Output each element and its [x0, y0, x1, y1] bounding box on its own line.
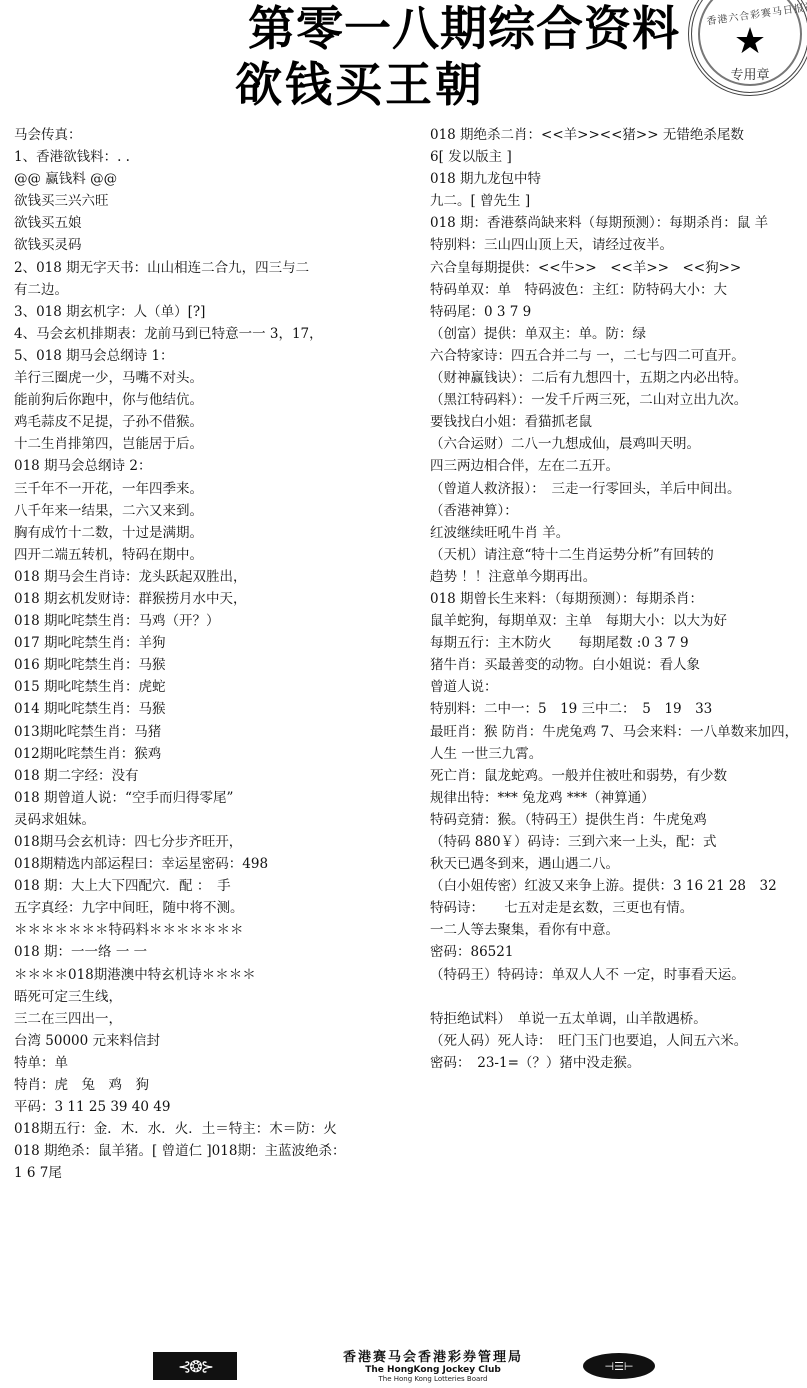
text-line: 1、香港欲钱料：. . [14, 146, 409, 168]
footer-org-english: The HongKong Jockey Club [298, 1365, 568, 1375]
text-line: 欲钱买三兴六旺 [14, 190, 409, 212]
text-line: 3、018 期玄机字：人（单）[?] [14, 301, 409, 323]
text-line: 6[ 发以版主 ] [430, 146, 807, 168]
text-line: 晤死可定三生线， [14, 986, 409, 1008]
right-column: 018 期绝杀二肖：<<羊>><<猪>> 无错绝杀尾数 6[ 发以版主 ] 01… [430, 124, 807, 1074]
text-line: 规律出特：*** 兔龙鸡 ***（神算通） [430, 787, 807, 809]
text-line: 趋势 ！！注意单今期再出。 [430, 566, 807, 588]
text-line: （六合运财）二八一九想成仙，晨鸡叫天明。 [430, 433, 807, 455]
text-line: 018期马会玄机诗：四七分步齐旺开， [14, 831, 409, 853]
text-line: 十二生肖排第四，岂能居于后。 [14, 433, 409, 455]
footer-organization: 香港赛马会香港彩券管理局 The HongKong Jockey Club Th… [298, 1350, 568, 1384]
text-line: 4、马会玄机排期表：龙前马到已特意一一 3，17， [14, 323, 409, 345]
text-line: 018 期马会生肖诗：龙头跃起双胜出， [14, 566, 409, 588]
text-line: 最旺肖：猴 防肖：牛虎兔鸡 7、马会来料：一八单数来加四， [430, 721, 807, 743]
page-subtitle: 欲钱买王朝 [235, 58, 485, 114]
text-line: 特码尾：0 3 7 9 [430, 301, 807, 323]
text-line: 鼠羊蛇狗，每期单双：主单 每期大小：以大为好 [430, 610, 807, 632]
jockey-club-logo-icon: ⊰❂⊱ [153, 1352, 237, 1380]
text-line: （特码 880￥）码诗：三到六来一上头，配：式 [430, 831, 807, 853]
text-line: 018 期马会总纲诗 2： [14, 455, 409, 477]
text-line: 018 期：大上大下四配穴．配 ： 手 [14, 875, 409, 897]
text-line: （香港神算）： [430, 500, 807, 522]
text-line: 015 期叱咤禁生肖：虎蛇 [14, 676, 409, 698]
text-line: 018 期九龙包中特 [430, 168, 807, 190]
text-line: 018期精选内部运程曰：幸运星密码：498 [14, 853, 409, 875]
text-line: （死人码）死人诗： 旺门玉门也要追，人间五六米。 [430, 1030, 807, 1052]
text-line: 018 期绝杀二肖：<<羊>><<猪>> 无错绝杀尾数 [430, 124, 807, 146]
text-line: 密码： 23-1=（？）猪中没走猴。 [430, 1052, 807, 1074]
official-seal-stamp: 香港六合彩赛马日报社 ★ 专用章 [688, 0, 807, 96]
text-line: 灵码求姐妹。 [14, 809, 409, 831]
text-line: ＊＊＊＊018期港澳中特玄机诗＊＊＊＊ [14, 964, 409, 986]
text-line: 胸有成竹十二数，十过是满期。 [14, 522, 409, 544]
footer-org-english-sub: The Hong Kong Lotteries Board [298, 1375, 568, 1384]
text-line: 018 期叱咤禁生肖：马鸡（开？） [14, 610, 409, 632]
page-title: 第零一八期综合资料 [248, 2, 680, 58]
text-line: 台湾 50000 元来料信封 [14, 1030, 409, 1052]
text-line: 018 期绝杀：鼠羊猪。[ 曾道仁 ]018期：主蓝波绝杀： [14, 1140, 409, 1162]
text-line: 能前狗后你跑中，你与他结伉。 [14, 389, 409, 411]
text-line: 有二边。 [14, 279, 409, 301]
text-line: 欲钱买五娘 [14, 212, 409, 234]
text-line: 密码：86521 [430, 941, 807, 963]
text-line: 九二。[ 曾先生 ] [430, 190, 807, 212]
text-line: ＊＊＊＊＊＊＊特码料＊＊＊＊＊＊＊ [14, 919, 409, 941]
text-line: 马会传真： [14, 124, 409, 146]
text-line: （曾道人救济报）： 三走一行零回头，羊后中间出。 [430, 478, 807, 500]
text-line: 鸡毛蒜皮不足提，子孙不借猴。 [14, 411, 409, 433]
text-line: 特别料：二中一：5 19 三中二： 5 19 33 [430, 698, 807, 720]
text-line: 特码单双：单 特码波色：主红：防特码大小：大 [430, 279, 807, 301]
text-line: 猪牛肖：买最善变的动物。白小姐说：看人象 [430, 654, 807, 676]
text-line: 012期叱咤禁生肖：猴鸡 [14, 743, 409, 765]
footer-logos: ⊰❂⊱ 香港赛马会香港彩券管理局 The HongKong Jockey Clu… [0, 1348, 807, 1388]
text-line: 017 期叱咤禁生肖：羊狗 [14, 632, 409, 654]
text-line: @@ 赢钱料 @@ [14, 168, 409, 190]
text-line: （特码王）特码诗：单双人人不 一定，时事看天运。 [430, 964, 807, 986]
text-line: 018期五行：金．木．水．火．土＝特主：木＝防：火 [14, 1118, 409, 1140]
text-line: 五字真经：九字中间旺，随中将不测。 [14, 897, 409, 919]
text-line: （财神赢钱诀）：二后有九想四十，五期之内必出特。 [430, 367, 807, 389]
text-line: 死亡肖：鼠龙蛇鸡。一般并住被吐和弱势，有少数 [430, 765, 807, 787]
spacer [430, 986, 807, 1008]
text-line: 四三两边相合伴，左在二五开。 [430, 455, 807, 477]
text-line: 一二人等去聚集，看你有中意。 [430, 919, 807, 941]
stamp-label: 专用章 [688, 64, 807, 83]
text-line: 六合皇每期提供：<<牛>> <<羊>> <<狗>> [430, 257, 807, 279]
text-line: 特码竞猜：猴。（特码王）提供生肖：牛虎兔鸡 [430, 809, 807, 831]
text-line: 秋天已遇冬到来，遇山遇二八。 [430, 853, 807, 875]
star-icon: ★ [688, 24, 807, 60]
text-line: 八千年来一结果，二六又来到。 [14, 500, 409, 522]
text-line: 曾道人说： [430, 676, 807, 698]
text-line: （黑江特码料）：一发千斤两三死，二山对立出九次。 [430, 389, 807, 411]
text-line: 四开二端五转机，特码在期中。 [14, 544, 409, 566]
text-line: 特拒绝试料） 单说一五太单调，山羊散遇桥。 [430, 1008, 807, 1030]
lotteries-board-logo-icon: ⊣☰⊢ [583, 1353, 655, 1379]
text-line: 018 期曾道人说：“空手而归得零尾” [14, 787, 409, 809]
text-line: （白小姐传密）红波又来争上游。提供：3 16 21 28 32 [430, 875, 807, 897]
text-line: 每期五行：主木防火 每期尾数 :0 3 7 9 [430, 632, 807, 654]
text-line: 016 期叱咤禁生肖：马猴 [14, 654, 409, 676]
text-line: 018 期二字经：没有 [14, 765, 409, 787]
text-line: 018 期：一一络 一 一 [14, 941, 409, 963]
page-header: 第零一八期综合资料 欲钱买王朝 香港六合彩赛马日报社 ★ 专用章 [0, 0, 807, 118]
text-line: 1 6 7尾 [14, 1162, 409, 1184]
text-line: 人生 一世三九霄。 [430, 743, 807, 765]
text-line: 2、018 期无字天书：山山相连二合九，四三与二 [14, 257, 409, 279]
text-line: 红波继续旺吼牛肖 羊。 [430, 522, 807, 544]
text-line: 三二在三四出一， [14, 1008, 409, 1030]
text-line: 特码诗： 七五对走是玄数，三更也有情。 [430, 897, 807, 919]
text-line: （创富）提供：单双主：单。防：绿 [430, 323, 807, 345]
text-line: 013期叱咤禁生肖：马猪 [14, 721, 409, 743]
text-line: 018 期曾长生来料：（每期预测）：每期杀肖： [430, 588, 807, 610]
left-column: 马会传真： 1、香港欲钱料：. . @@ 赢钱料 @@ 欲钱买三兴六旺 欲钱买五… [14, 124, 409, 1185]
text-line: 特肖：虎 兔 鸡 狗 [14, 1074, 409, 1096]
text-line: 特单：单 [14, 1052, 409, 1074]
text-line: 平码：3 11 25 39 40 49 [14, 1096, 409, 1118]
footer-org-chinese: 香港赛马会香港彩券管理局 [298, 1350, 568, 1365]
text-line: 三千年不一开花，一年四季来。 [14, 478, 409, 500]
text-line: 欲钱买灵码 [14, 234, 409, 256]
text-line: 014 期叱咤禁生肖：马猴 [14, 698, 409, 720]
text-line: 018 期：香港蔡尚缺来料（每期预测）：每期杀肖：鼠 羊 [430, 212, 807, 234]
text-line: 要钱找白小姐：看猫抓老鼠 [430, 411, 807, 433]
text-line: 羊行三圈虎一少，马嘴不对头。 [14, 367, 409, 389]
text-line: （天机）请注意“特十二生肖运势分析”有回转的 [430, 544, 807, 566]
text-line: 特别料：三山四山顶上天，请经过夜半。 [430, 234, 807, 256]
text-line: 018 期玄机发财诗：群猴捞月水中天， [14, 588, 409, 610]
text-line: 5、018 期马会总纲诗 1： [14, 345, 409, 367]
text-line: 六合特家诗：四五合并二与 一，二七与四二可直开。 [430, 345, 807, 367]
